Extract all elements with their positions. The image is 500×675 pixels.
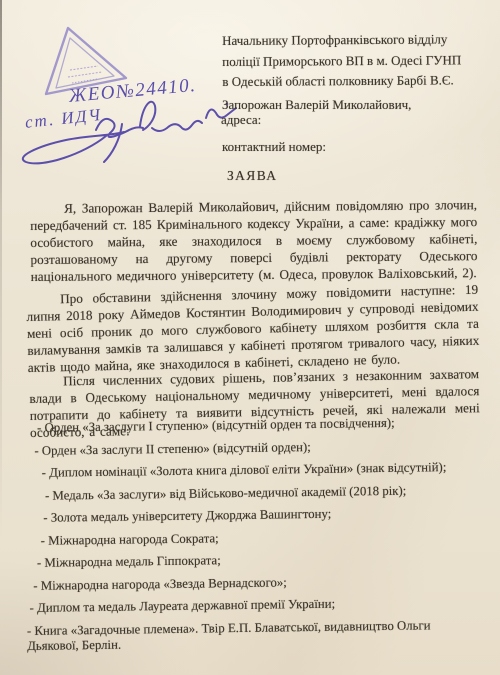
signature-scribble	[10, 80, 242, 172]
photo-edge-shadow	[0, 0, 2, 600]
applicant-address-label: адреса:	[221, 112, 261, 128]
list-item: - Диплом та медаль Лауреата державної пр…	[30, 595, 485, 616]
list-item: - Орден «За заслуги ІІ степеню» (відсутн…	[34, 437, 482, 458]
recipient-line-3: в Одеській області полковнику Барбі В.Є.	[222, 70, 484, 92]
missing-items-list: - Орден «За заслуги І ступеню» (відсутні…	[24, 415, 485, 661]
paragraph-crime-report: Я, Запорожан Валерій Миколайович, дійсни…	[30, 196, 478, 285]
list-item: - Диплом номінації «Золота книга ділової…	[42, 460, 483, 481]
applicant-contact-label: контактний номер:	[222, 139, 326, 155]
list-item: - Золота медаль університету Джорджа Ваш…	[43, 505, 483, 526]
list-item: - Книга «Загадочные племена». Твір Е.П. …	[27, 617, 485, 653]
recipient-block: Начальнику Портофранківського відділу по…	[222, 29, 484, 92]
paragraph-circumstances: Про обставини здійснення злочину можу по…	[26, 281, 480, 376]
list-item: - Медаль «За заслуги» від Військово-меди…	[45, 482, 483, 503]
list-item: - Міжнародна нагорода Сократа;	[41, 527, 484, 548]
list-item: - Міжнародна нагорода «Звезда Вернадског…	[33, 572, 484, 593]
document-title: ЗАЯВА	[227, 168, 277, 184]
applicant-name: Запорожан Валерій Миколайович,	[222, 97, 411, 113]
recipient-line-1: Начальнику Портофранківського відділу	[222, 29, 484, 51]
recipient-line-2: поліції Приморського ВП в м. Одесі ГУНП	[222, 50, 484, 72]
list-item: - Міжнародна медаль Гіппократа;	[37, 550, 484, 571]
scanned-statement-page: ЖЕО№24410. ст. ИДЧ Начальнику Портофранк…	[0, 0, 500, 675]
